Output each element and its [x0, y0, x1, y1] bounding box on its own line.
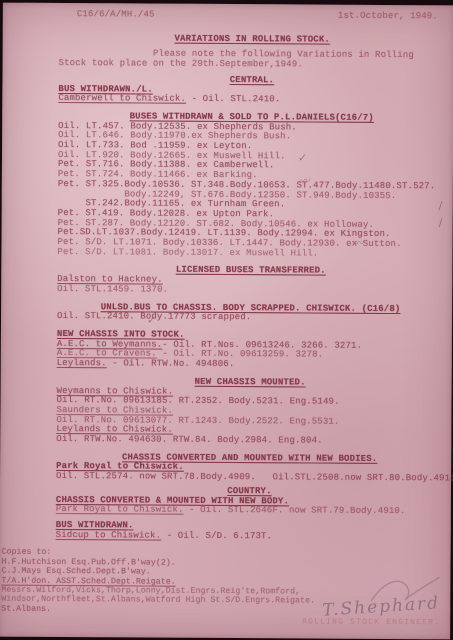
route-text: Camberwell to Chiswick. — [58, 93, 186, 104]
document-ref: C16/6/A/MH./45 — [77, 10, 155, 20]
document-paper: C16/6/A/MH./45 1st.October, 1949. VARIAT… — [0, 3, 453, 640]
document-content: C16/6/A/MH./45 1st.October, 1949. VARIAT… — [55, 10, 446, 617]
detail-text: - Oil. STL.2410. — [186, 94, 280, 105]
signature-block: T.Shephard ROLLING STOCK ENGINEER. — [302, 596, 440, 627]
detail-text: - Oil. RTW.No. 494806. — [107, 358, 235, 369]
signature-handwritten: T.Shephard — [322, 593, 441, 620]
country-bus-withdrawn-entry: Sidcup to Chiswick. - Oil. S/D. 6.173T. — [56, 531, 443, 543]
signature-role: ROLLING STOCK ENGINEER. — [302, 617, 440, 627]
document-date: 1st.October, 1949. — [338, 12, 438, 22]
route-text: Leylands. — [57, 358, 107, 368]
route-text: Sidcup to Chiswick. — [56, 530, 162, 541]
route-text: Park Royal to Chiswick. — [56, 504, 184, 515]
detail-text: - Oil. S/D. 6.173T. — [161, 530, 272, 541]
detail-text: - Oil. STL.2646F. now SRT.79.Body.4910. — [183, 505, 405, 516]
